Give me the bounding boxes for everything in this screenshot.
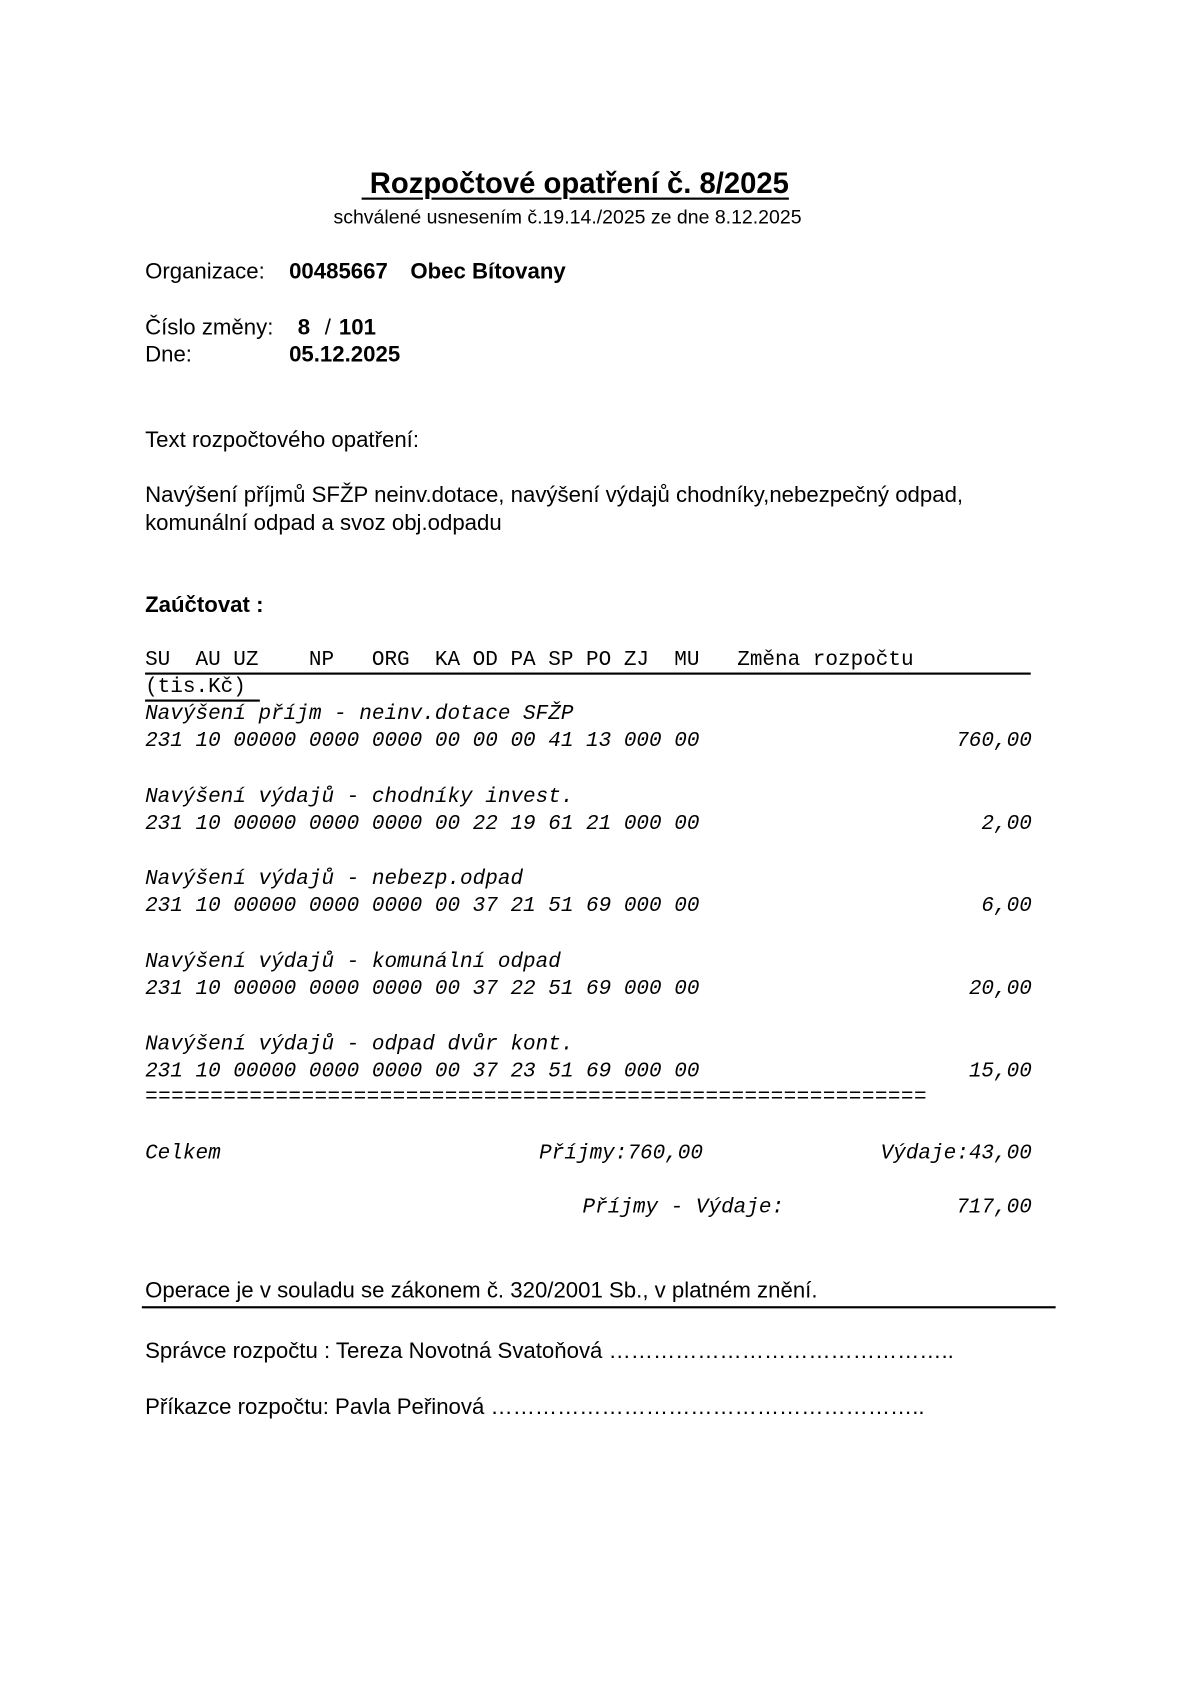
change-number: 8 bbox=[298, 315, 310, 341]
document-subtitle: schválené usnesením č.19.14./2025 ze dne… bbox=[333, 206, 801, 229]
organization-label: Organizace: bbox=[145, 259, 265, 285]
entry-description: Navýšení výdajů - nebezp.odpad bbox=[145, 867, 523, 891]
accounting-header: SU AU UZ NP ORG KA OD PA SP PO ZJ MU Změ… bbox=[145, 648, 914, 672]
entry-description: Navýšení příjm - neinv.dotace SFŽP bbox=[145, 702, 573, 726]
accounting-header-unit: (tis.Kč) bbox=[145, 675, 246, 699]
change-separator: / bbox=[325, 315, 331, 341]
signature-budget-authorizer: Příkazce rozpočtu: Pavla Peřinová ………………… bbox=[145, 1395, 924, 1421]
legal-note-underline bbox=[142, 1306, 1056, 1308]
description-line-1: Navýšení příjmů SFŽP neinv.dotace, navýš… bbox=[145, 483, 963, 509]
document-page: Rozpočtové opatření č. 8/2025 schválené … bbox=[0, 0, 1191, 1684]
organization-id: 00485667 bbox=[289, 259, 388, 285]
entry-code: 231 10 00000 0000 0000 00 37 23 51 69 00… bbox=[145, 1059, 699, 1083]
balance-label: Příjmy - Výdaje: bbox=[582, 1195, 784, 1219]
organization-name: Obec Bítovany bbox=[410, 259, 565, 285]
entry-code: 231 10 00000 0000 0000 00 37 22 51 69 00… bbox=[145, 976, 699, 1000]
totals-income: Příjmy:760,00 bbox=[539, 1141, 703, 1165]
change-date: 05.12.2025 bbox=[289, 342, 400, 368]
document-title: Rozpočtové opatření č. 8/2025 bbox=[362, 167, 789, 200]
signature-budget-administrator: Správce rozpočtu : Tereza Novotná Svatoň… bbox=[145, 1339, 954, 1365]
header-underline bbox=[145, 673, 1031, 675]
entry-code: 231 10 00000 0000 0000 00 22 19 61 21 00… bbox=[145, 811, 699, 835]
balance-value: 717,00 bbox=[866, 1195, 1032, 1219]
entry-code: 231 10 00000 0000 0000 00 00 00 41 13 00… bbox=[145, 729, 699, 753]
description-label: Text rozpočtového opatření: bbox=[145, 427, 419, 453]
entry-amount: 6,00 bbox=[866, 894, 1032, 918]
legal-note: Operace je v souladu se zákonem č. 320/2… bbox=[145, 1278, 817, 1304]
change-number-label: Číslo změny: bbox=[145, 315, 273, 341]
entry-description: Navýšení výdajů - komunální odpad bbox=[145, 949, 561, 973]
totals-label: Celkem bbox=[145, 1141, 221, 1165]
description-line-2: komunální odpad a svoz obj.odpadu bbox=[145, 511, 502, 537]
totals-expenses: Výdaje:43,00 bbox=[758, 1141, 1032, 1165]
change-date-label: Dne: bbox=[145, 342, 192, 368]
change-sequence: 101 bbox=[339, 315, 376, 341]
totals-separator: ========================================… bbox=[145, 1085, 927, 1109]
entry-amount: 15,00 bbox=[866, 1059, 1032, 1083]
entry-amount: 760,00 bbox=[866, 729, 1032, 753]
entry-amount: 2,00 bbox=[866, 811, 1032, 835]
accounting-label: Zaúčtovat : bbox=[145, 593, 263, 619]
entry-description: Navýšení výdajů - chodníky invest. bbox=[145, 784, 573, 808]
entry-description: Navýšení výdajů - odpad dvůr kont. bbox=[145, 1032, 573, 1056]
entry-code: 231 10 00000 0000 0000 00 37 21 51 69 00… bbox=[145, 894, 699, 918]
entry-amount: 20,00 bbox=[866, 976, 1032, 1000]
